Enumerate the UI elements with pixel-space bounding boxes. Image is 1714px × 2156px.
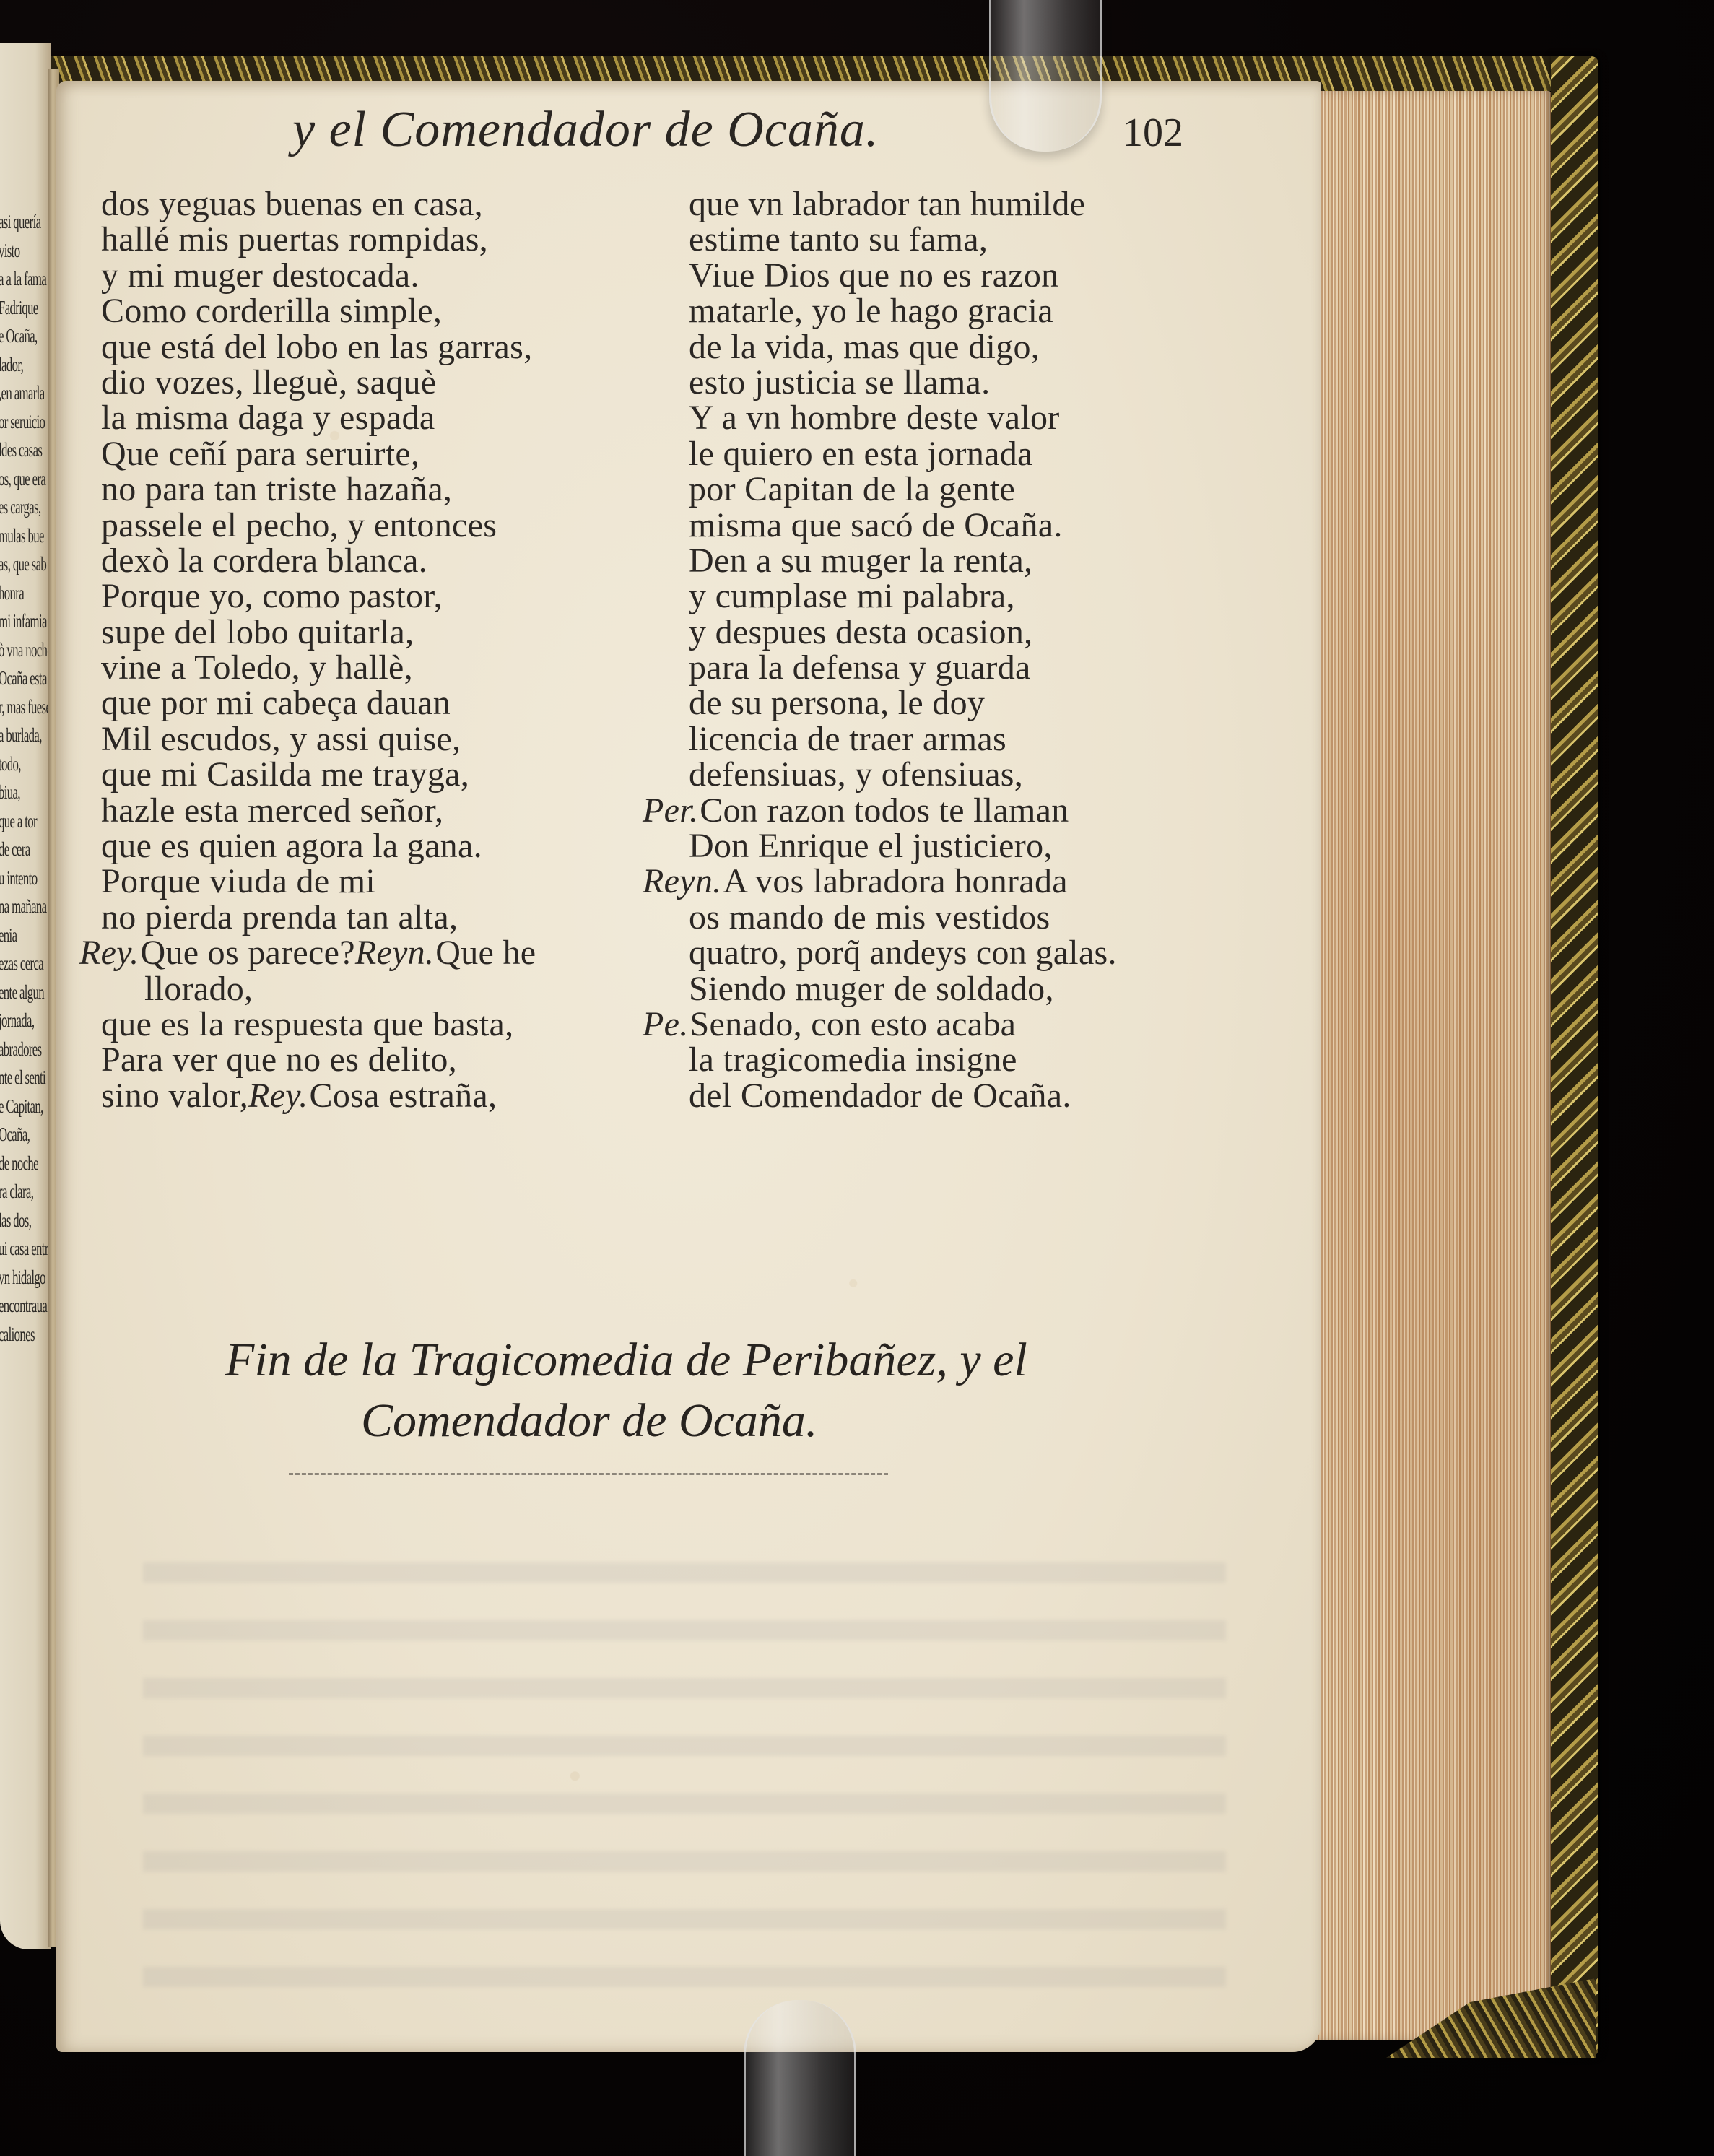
verse-text: que está del lobo en las garras, <box>101 328 532 366</box>
verse-line: Porque yo, como pastor, <box>101 578 621 614</box>
verse-line: quatro, porq̃ andeys con galas. <box>643 935 1235 970</box>
verse-text: que es quien agora la gana. <box>101 827 482 865</box>
verse-text: Cosa estraña, <box>310 1077 497 1115</box>
previous-page-fragment: mulas bue <box>0 522 29 551</box>
verse-line: por Capitan de la gente <box>643 471 1235 507</box>
verse-line: Para ver que no es delito, <box>101 1042 621 1077</box>
colophon: Fin de la Tragicomedia de Peribañez, y e… <box>217 1330 1227 1451</box>
verse-text: de la vida, mas que digo, <box>689 328 1040 366</box>
verse-text: Porque yo, como pastor, <box>101 577 443 615</box>
verse-line: que por mi cabeça dauan <box>101 685 621 721</box>
verse-text: y mi muger destocada. <box>101 256 419 295</box>
verse-line: Rey.Que os parece?Reyn.Que he <box>79 935 621 970</box>
previous-page-fragment: ui casa entr <box>0 1235 29 1264</box>
speaker-label: Rey. <box>79 934 139 972</box>
verse-text: quatro, porq̃ andeys con galas. <box>689 934 1117 972</box>
verse-line: le quiero en esta jornada <box>643 436 1235 471</box>
verse-line: que vn labrador tan humilde <box>643 186 1235 222</box>
previous-page-fragment: ezas cerca <box>0 949 29 978</box>
verse-line: para la defensa y guarda <box>643 650 1235 685</box>
previous-page-fragment: de cera <box>0 835 29 864</box>
verse-line: que es quien agora la gana. <box>101 828 621 864</box>
verse-line: defensiuas, y ofensiuas, <box>643 757 1235 792</box>
previous-page-fragment: todo, <box>0 750 29 779</box>
verse-text: Con razon todos te llaman <box>700 791 1069 830</box>
verse-text: le quiero en esta jornada <box>689 435 1033 473</box>
verse-text: vine a Toledo, y hallè, <box>101 648 413 687</box>
verse-text: misma que sacó de Ocaña. <box>689 506 1063 544</box>
verse-text: Que ceñí para seruirte, <box>101 435 419 473</box>
previous-page-fragment: asi quería <box>0 208 29 237</box>
verse-text: supe del lobo quitarla, <box>101 613 414 651</box>
verse-text: para la defensa y guarda <box>689 648 1031 687</box>
colophon-line-2: Comendador de Ocaña. <box>217 1391 1227 1451</box>
verse-line: Pe.Senado, con esto acaba <box>643 1007 1235 1042</box>
verse-text: matarle, yo le hago gracia <box>689 292 1053 330</box>
verse-line: estime tanto su fama, <box>643 222 1235 257</box>
previous-page-fragment: a burlada, <box>0 721 29 750</box>
verse-line: misma que sacó de Ocaña. <box>643 508 1235 543</box>
verse-line: dio vozes, lleguè, saquè <box>101 365 621 400</box>
verse-line: que es la respuesta que basta, <box>101 1007 621 1042</box>
previous-page-fragment: vn hidalgo <box>0 1264 29 1292</box>
verse-line: matarle, yo le hago gracia <box>643 293 1235 329</box>
page-block-fore-edge <box>1314 91 1552 2040</box>
page-number: 102 <box>1123 110 1183 156</box>
colophon-rule <box>289 1473 888 1475</box>
verse-text: esto justicia se llama. <box>689 363 990 401</box>
verse-text: os mando de mis vestidos <box>689 898 1050 936</box>
verse-text: Senado, con esto acaba <box>690 1005 1017 1043</box>
verse-text: dio vozes, lleguè, saquè <box>101 363 436 401</box>
previous-page-fragment: lador, <box>0 351 29 380</box>
verse-text: por Capitan de la gente <box>689 470 1015 508</box>
verse-text: la tragicomedia insigne <box>689 1040 1017 1079</box>
verse-text: Y a vn hombre deste valor <box>689 399 1060 437</box>
verse-text: que por mi cabeça dauan <box>101 684 451 722</box>
previous-page-text-fragments: asi queríavistoa a la famaFadriquee Ocañ… <box>0 208 29 1349</box>
previous-page-fragment: enia <box>0 921 29 950</box>
verse-text: de su persona, le doy <box>689 684 985 722</box>
verse-line: Que ceñí para seruirte, <box>101 436 621 471</box>
verse-text: Para ver que no es delito, <box>101 1040 457 1079</box>
speaker-label: Reyn. <box>643 862 721 900</box>
previous-page-fragment: a a la fama <box>0 265 29 294</box>
page-clip-top <box>989 0 1102 152</box>
verse-line: de la vida, mas que digo, <box>643 329 1235 365</box>
previous-page-fragment: e Ocaña, <box>0 322 29 351</box>
verse-line: la misma daga y espada <box>101 400 621 435</box>
previous-page-fragment: as, que sab <box>0 550 29 579</box>
verse-text: del Comendador de Ocaña. <box>689 1077 1071 1115</box>
verse-line: y mi muger destocada. <box>101 258 621 293</box>
previous-page-fragment: ente algun <box>0 978 29 1007</box>
previous-page-fragment: jornada, <box>0 1007 29 1035</box>
verse-text: licencia de traer armas <box>689 720 1006 758</box>
verse-column-left: dos yeguas buenas en casa,hallé mis puer… <box>101 186 621 1113</box>
verse-text: passele el pecho, y entonces <box>101 506 497 544</box>
previous-page-fragment: ò vna noche <box>0 636 29 665</box>
verse-line: dexò la cordera blanca. <box>101 543 621 578</box>
verse-line: Como corderilla simple, <box>101 293 621 329</box>
running-head: y el Comendador de Ocaña. <box>292 101 879 159</box>
previous-page-fragment: Fadrique <box>0 294 29 323</box>
verse-text: que mi Casilda me trayga, <box>101 755 469 794</box>
verse-text: la misma daga y espada <box>101 399 435 437</box>
verse-text: Que os parece? <box>140 934 354 972</box>
verse-text: y cumplase mi palabra, <box>689 577 1015 615</box>
previous-page-fragment: nte el senti <box>0 1064 29 1092</box>
verse-text: Que he <box>435 934 536 972</box>
previous-page-fragment: or seruicio <box>0 408 29 437</box>
verse-column-right: que vn labrador tan humildeestime tanto … <box>643 186 1235 1113</box>
previous-page-fragment: e Capitan, <box>0 1092 29 1121</box>
previous-page-fragment: caliones <box>0 1321 29 1349</box>
verse-line: no pierda prenda tan alta, <box>101 900 621 935</box>
verse-text: hallé mis puertas rompidas, <box>101 220 488 258</box>
verse-text: Mil escudos, y assi quise, <box>101 720 461 758</box>
verse-line: llorado, <box>101 971 621 1007</box>
verse-line: del Comendador de Ocaña. <box>643 1078 1235 1113</box>
verse-line: Porque viuda de mi <box>101 864 621 899</box>
verse-line: os mando de mis vestidos <box>643 900 1235 935</box>
previous-page-fragment: mi infamia <box>0 607 29 636</box>
verse-line: de su persona, le doy <box>643 685 1235 721</box>
previous-page-fragment: Ocaña esta <box>0 664 29 693</box>
previous-page-fragment: na mañana <box>0 892 29 921</box>
verse-line: la tragicomedia insigne <box>643 1042 1235 1077</box>
previous-page-fragment: es cargas, <box>0 493 29 522</box>
verse-line: que mi Casilda me trayga, <box>101 757 621 792</box>
verse-line: Den a su muger la renta, <box>643 543 1235 578</box>
verse-text: sino valor, <box>101 1077 248 1115</box>
verse-line: licencia de traer armas <box>643 721 1235 757</box>
previous-page-fragment: biua, <box>0 778 29 807</box>
verse-text: Siendo muger de soldado, <box>689 970 1054 1008</box>
previous-page-fragment: de noche <box>0 1149 29 1178</box>
verse-line: no para tan triste hazaña, <box>101 471 621 507</box>
speaker-label: Reyn. <box>355 934 434 972</box>
verse-text: A vos labradora honrada <box>723 862 1067 900</box>
verse-line: vine a Toledo, y hallè, <box>101 650 621 685</box>
verse-text: y despues desta ocasion, <box>689 613 1032 651</box>
verse-line: hazle esta merced señor, <box>101 793 621 828</box>
verse-text: estime tanto su fama, <box>689 220 988 258</box>
verse-line: Siendo muger de soldado, <box>643 971 1235 1007</box>
previous-page-fragment: encontraua <box>0 1292 29 1321</box>
previous-page-fragment: que a tor <box>0 807 29 836</box>
previous-page-fragment: os, que era <box>0 465 29 494</box>
verse-text: Viue Dios que no es razon <box>689 256 1058 295</box>
previous-page-fragment: abradores <box>0 1035 29 1064</box>
verse-text: Porque viuda de mi <box>101 862 375 900</box>
verse-line: Reyn.A vos labradora honrada <box>643 864 1235 899</box>
verse-line: Viue Dios que no es razon <box>643 258 1235 293</box>
previous-page-fragment: r, mas fuese <box>0 693 29 722</box>
previous-page-fragment: honra <box>0 579 29 608</box>
previous-page-fragment: Ocaña, <box>0 1121 29 1149</box>
speaker-label: Pe. <box>643 1005 689 1043</box>
previous-page-fragment: ra clara, <box>0 1178 29 1207</box>
previous-page-fragment: las dos, <box>0 1207 29 1235</box>
verse-text: hazle esta merced señor, <box>101 791 443 830</box>
verse-line: y cumplase mi palabra, <box>643 578 1235 614</box>
verse-line: Per.Con razon todos te llaman <box>643 793 1235 828</box>
verse-line: Y a vn hombre deste valor <box>643 400 1235 435</box>
previous-page-fragment: ,en amarla <box>0 379 29 408</box>
speaker-label: Per. <box>643 791 698 830</box>
verse-text: Don Enrique el justiciero, <box>689 827 1053 865</box>
verse-text: Como corderilla simple, <box>101 292 442 330</box>
verse-line: que está del lobo en las garras, <box>101 329 621 365</box>
page-clip-bottom <box>744 2000 856 2156</box>
previous-page-fragment: u intento <box>0 864 29 893</box>
verse-text: dos yeguas buenas en casa, <box>101 185 483 223</box>
verse-line: Don Enrique el justiciero, <box>643 828 1235 864</box>
verse-line: Mil escudos, y assi quise, <box>101 721 621 757</box>
verse-text: que es la respuesta que basta, <box>101 1005 513 1043</box>
verse-line: passele el pecho, y entonces <box>101 508 621 543</box>
speaker-label: Rey. <box>248 1077 308 1115</box>
previous-page-sliver: asi queríavistoa a la famaFadriquee Ocañ… <box>0 43 51 1949</box>
verse-line: supe del lobo quitarla, <box>101 614 621 650</box>
verse-line: esto justicia se llama. <box>643 365 1235 400</box>
verse-text: no pierda prenda tan alta, <box>101 898 458 936</box>
colophon-line-1: Fin de la Tragicomedia de Peribañez, y e… <box>217 1330 1227 1391</box>
gilt-binding-right-edge <box>1551 56 1598 2056</box>
verse-text: dexò la cordera blanca. <box>101 542 427 580</box>
verse-line: hallé mis puertas rompidas, <box>101 222 621 257</box>
verse-text: llorado, <box>144 970 253 1008</box>
verse-line: sino valor,Rey.Cosa estraña, <box>101 1078 621 1113</box>
verse-text: Den a su muger la renta, <box>689 542 1032 580</box>
verse-line: dos yeguas buenas en casa, <box>101 186 621 222</box>
verse-text: no para tan triste hazaña, <box>101 470 452 508</box>
verse-line: y despues desta ocasion, <box>643 614 1235 650</box>
verse-text: que vn labrador tan humilde <box>689 185 1085 223</box>
previous-page-fragment: ldes casas <box>0 436 29 465</box>
verse-text: defensiuas, y ofensiuas, <box>689 755 1023 794</box>
previous-page-fragment: visto <box>0 237 29 266</box>
